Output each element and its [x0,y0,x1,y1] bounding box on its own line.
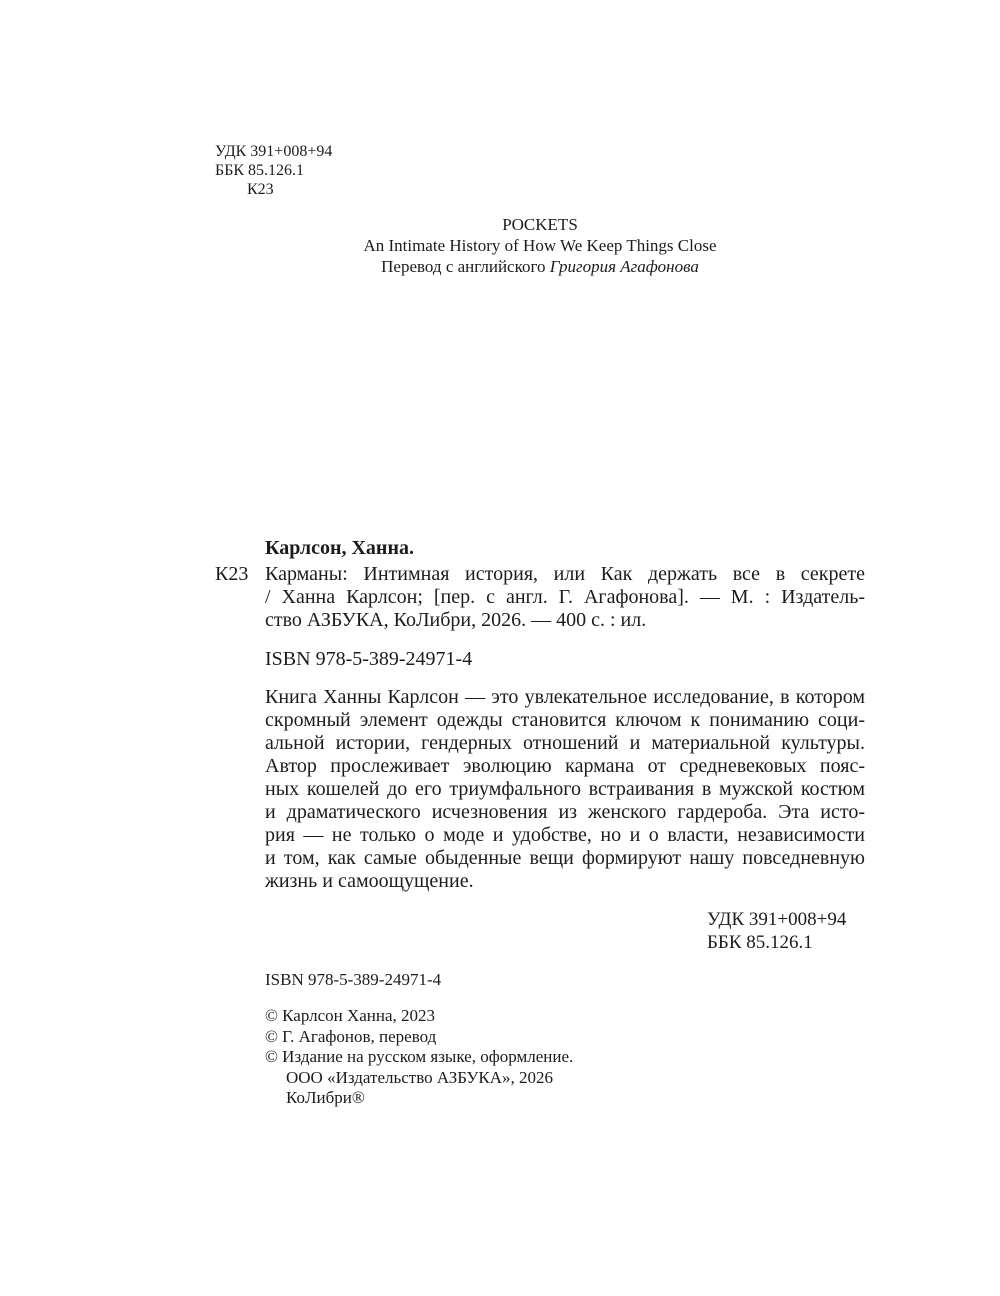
entry-line: ство АЗБУКА, КоЛибри, 2026. — 400 с. : и… [265,609,865,632]
abstract-line: рия — не только о моде и удобстве, но и … [265,824,865,847]
original-title-block: POCKETS An Intimate History of How We Ke… [240,214,840,277]
classification-block: УДК 391+008+94 ББК 85.126.1 К23 [215,142,332,199]
translator-name: Григория Агафонова [550,257,699,276]
udk-code: УДК 391+008+94 [215,142,332,161]
original-title: POCKETS [240,214,840,235]
abstract-line: альной истории, гендерных отношений и ма… [265,732,865,755]
card-udk: УДК 391+008+94 [707,908,865,931]
abstract-line: ных кошелей до его триумфального встраив… [265,778,865,801]
copyright-block: © Карлсон Ханна, 2023 © Г. Агафонов, пер… [265,1006,865,1109]
bbk-code: ББК 85.126.1 [215,161,332,180]
author-mark: К23 [215,180,332,199]
card-author-mark: К23 [215,563,248,586]
abstract-line: и том, как самые обыденные вещи формирую… [265,847,865,870]
abstract-line: и драматического исчезновения из женског… [265,801,865,824]
catalog-card: Карлсон, Ханна. К23 Карманы: Интимная ис… [265,537,865,1109]
translation-credit: Перевод с английского Григория Агафонова [240,256,840,277]
copyright-continuation: КоЛибри® [265,1088,865,1109]
copyright-line: © Г. Агафонов, перевод [265,1027,865,1048]
copyright-continuation: ООО «Издательство АЗБУКА», 2026 [265,1068,865,1089]
abstract-line: Книга Ханны Карлсон — это увлекательное … [265,686,865,709]
card-classification: УДК 391+008+94 ББК 85.126.1 [265,908,865,954]
translation-prefix: Перевод с английского [381,257,550,276]
copyright-line: © Издание на русском языке, оформление. [265,1047,865,1068]
entry-line: / Ханна Карлсон; [пер. с англ. Г. Агафон… [265,586,865,609]
bibliographic-entry: Карманы: Интимная история, или Как держа… [265,563,865,632]
abstract-line: скромный элемент одежды становится ключо… [265,709,865,732]
book-abstract: Книга Ханны Карлсон — это увлекательное … [265,686,865,893]
abstract-line: жизнь и самоощущение. [265,870,865,893]
entry-line: Карманы: Интимная история, или Как держа… [265,563,865,586]
author-heading: Карлсон, Ханна. [265,537,865,560]
abstract-line: Автор прослеживает эволюцию кармана от с… [265,755,865,778]
card-bbk: ББК 85.126.1 [707,931,865,954]
original-subtitle: An Intimate History of How We Keep Thing… [240,235,840,256]
card-isbn: ISBN 978-5-389-24971-4 [265,648,865,671]
copyright-line: © Карлсон Ханна, 2023 [265,1006,865,1027]
footer-isbn: ISBN 978-5-389-24971-4 [265,968,865,991]
